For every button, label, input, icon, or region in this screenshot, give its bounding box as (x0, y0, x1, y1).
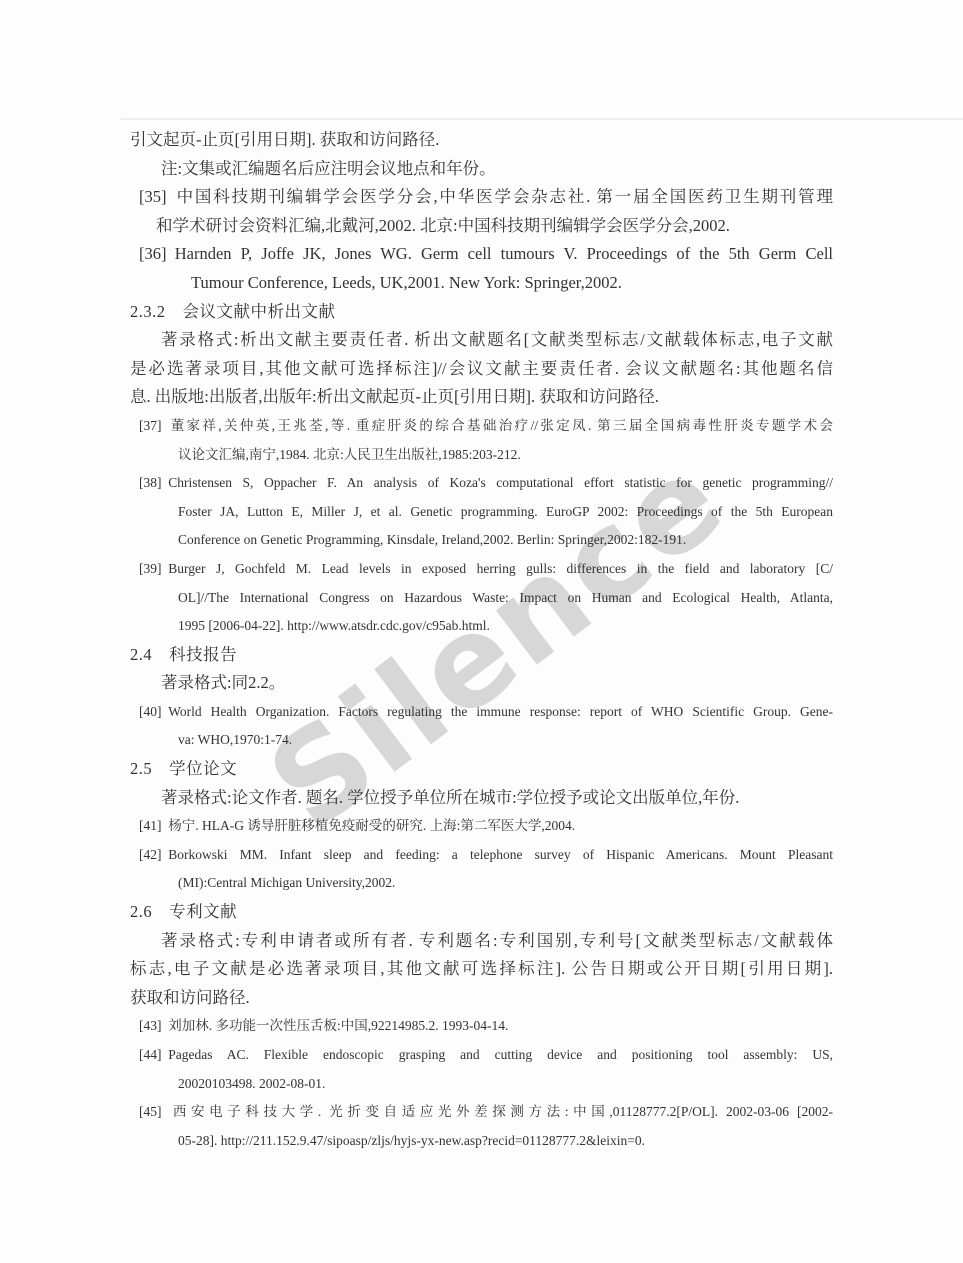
text-line: [44] Pagedas AC. Flexible endoscopic gra… (130, 1041, 833, 1070)
text-line: 标志,电子文献是必选著录项目,其他文献可选择标注]. 公告日期或公开日期[引用日… (130, 955, 833, 984)
text-line: Conference on Genetic Programming, Kinsd… (130, 526, 833, 555)
text-line: [38] Christensen S, Oppacher F. An analy… (130, 469, 833, 498)
text-line: 2.4 科技报告 (130, 641, 833, 670)
text-line: 20020103498. 2002-08-01. (130, 1070, 833, 1099)
text-line: [35] 中国科技期刊编辑学会医学分会,中华医学会杂志社. 第一届全国医药卫生期… (130, 183, 833, 212)
text-line: [43] 刘加林. 多功能一次性压舌板:中国,92214985.2. 1993-… (130, 1012, 833, 1041)
text-line: OL]//The International Congress on Hazar… (130, 584, 833, 613)
text-line: 著录格式:析出文献主要责任者. 析出文献题名[文献类型标志/文献载体标志,电子文… (130, 326, 833, 355)
text-line: [42] Borkowski MM. Infant sleep and feed… (130, 841, 833, 870)
text-line: 获取和访问路径. (130, 984, 833, 1013)
text-line: [36] Harnden P, Joffe JK, Jones WG. Germ… (130, 240, 833, 269)
text-line: 注:文集或汇编题名后应注明会议地点和年份。 (130, 155, 833, 184)
document-page: Silence 引文起页-止页[引用日期]. 获取和访问路径.注:文集或汇编题名… (0, 0, 963, 1263)
text-line: 议论文汇编,南宁,1984. 北京:人民卫生出版社,1985:203-212. (130, 441, 833, 470)
text-line: 2.5 学位论文 (130, 755, 833, 784)
page-top-edge-line (121, 118, 963, 120)
text-line: [41] 杨宁. HLA-G 诱导肝脏移植免疫耐受的研究. 上海:第二军医大学,… (130, 812, 833, 841)
text-line: [40] World Health Organization. Factors … (130, 698, 833, 727)
text-line: 和学术研讨会资料汇编,北戴河,2002. 北京:中国科技期刊编辑学会医学分会,2… (130, 212, 833, 241)
text-line: 2.6 专利文献 (130, 898, 833, 927)
text-line: 05-28]. http://211.152.9.47/sipoasp/zljs… (130, 1127, 833, 1156)
text-line: (MI):Central Michigan University,2002. (130, 869, 833, 898)
text-line: 是必选著录项目,其他文献可选择标注]//会议文献主要责任者. 会议文献题名:其他… (130, 355, 833, 384)
text-line: 著录格式:论文作者. 题名. 学位授予单位所在城市:学位授予或论文出版单位,年份… (130, 784, 833, 813)
text-line: [39] Burger J, Gochfeld M. Lead levels i… (130, 555, 833, 584)
text-line: 引文起页-止页[引用日期]. 获取和访问路径. (130, 126, 833, 155)
text-line: 2.3.2 会议文献中析出文献 (130, 298, 833, 327)
text-line: va: WHO,1970:1-74. (130, 726, 833, 755)
text-line: 息. 出版地:出版者,出版年:析出文献起页-止页[引用日期]. 获取和访问路径. (130, 383, 833, 412)
text-line: Foster JA, Lutton E, Miller J, et al. Ge… (130, 498, 833, 527)
text-line: Tumour Conference, Leeds, UK,2001. New Y… (130, 269, 833, 298)
text-line: 1995 [2006-04-22]. http://www.atsdr.cdc.… (130, 612, 833, 641)
text-line: 著录格式:同2.2。 (130, 669, 833, 698)
text-line: [37] 董家祥,关仲英,王兆荃,等. 重症肝炎的综合基础治疗//张定凤. 第三… (130, 412, 833, 441)
document-text-block: 引文起页-止页[引用日期]. 获取和访问路径.注:文集或汇编题名后应注明会议地点… (130, 126, 833, 1155)
text-line: 著录格式:专利申请者或所有者. 专利题名:专利国别,专利号[文献类型标志/文献载… (130, 927, 833, 956)
text-line: [45] 西安电子科技大学. 光折变自适应光外差探测方法:中国,01128777… (130, 1098, 833, 1127)
